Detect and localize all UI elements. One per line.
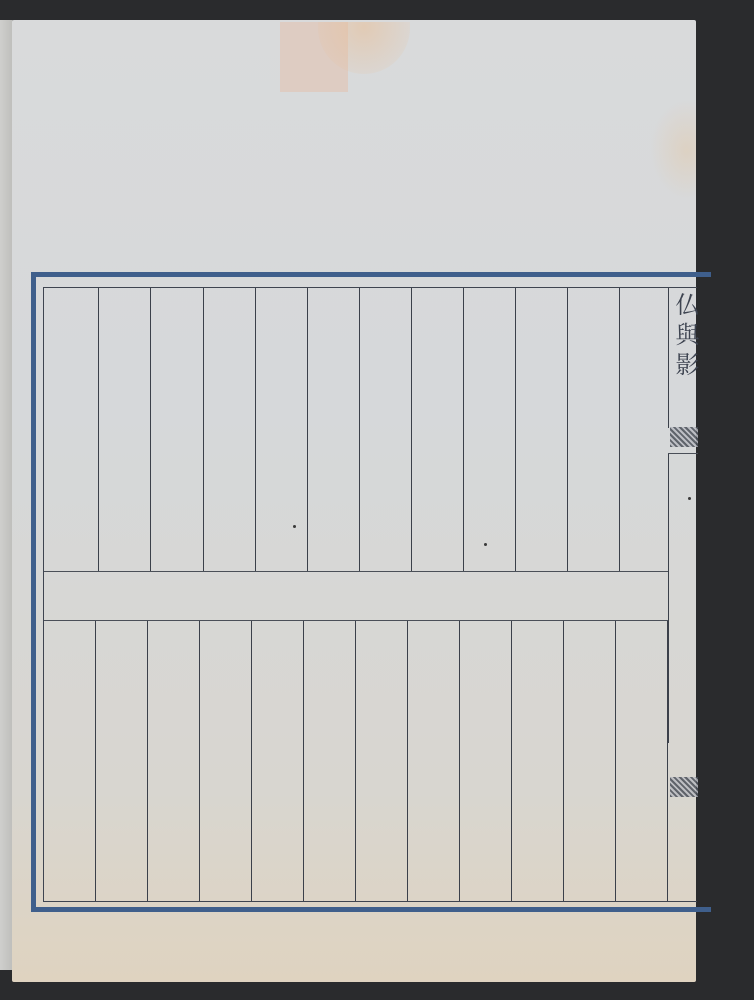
column-rule [463, 288, 464, 571]
column-rule [515, 288, 516, 571]
water-stain-right [650, 100, 696, 200]
column-rule [359, 288, 360, 571]
ink-speck [688, 497, 691, 500]
fishtail-mark-lower [670, 777, 698, 797]
column-rule [459, 621, 460, 901]
fore-edge-title: 仏與影 [672, 292, 698, 382]
column-rule [355, 621, 356, 901]
fishtail-mark-upper [670, 427, 698, 447]
column-rule [303, 621, 304, 901]
column-rule [307, 288, 308, 571]
column-rule [567, 288, 568, 571]
column-rule [203, 288, 204, 571]
column-rule [95, 621, 96, 901]
column-rule [563, 621, 564, 901]
ink-speck [293, 525, 296, 528]
column-rule [511, 621, 512, 901]
ink-speck [484, 543, 487, 546]
column-rule [199, 621, 200, 901]
column-rule [615, 621, 616, 901]
middle-band [44, 571, 668, 620]
column-rule [98, 288, 99, 571]
fore-edge-rule-top [668, 453, 698, 454]
column-rule [407, 621, 408, 901]
column-rule [668, 288, 669, 428]
column-rule [251, 621, 252, 901]
column-rule [147, 621, 148, 901]
band-bottom-rule [44, 620, 668, 621]
column-rule [255, 288, 256, 571]
column-rule [619, 288, 620, 571]
fore-edge-rule [668, 453, 669, 743]
column-rule [150, 288, 151, 571]
column-rule [411, 288, 412, 571]
